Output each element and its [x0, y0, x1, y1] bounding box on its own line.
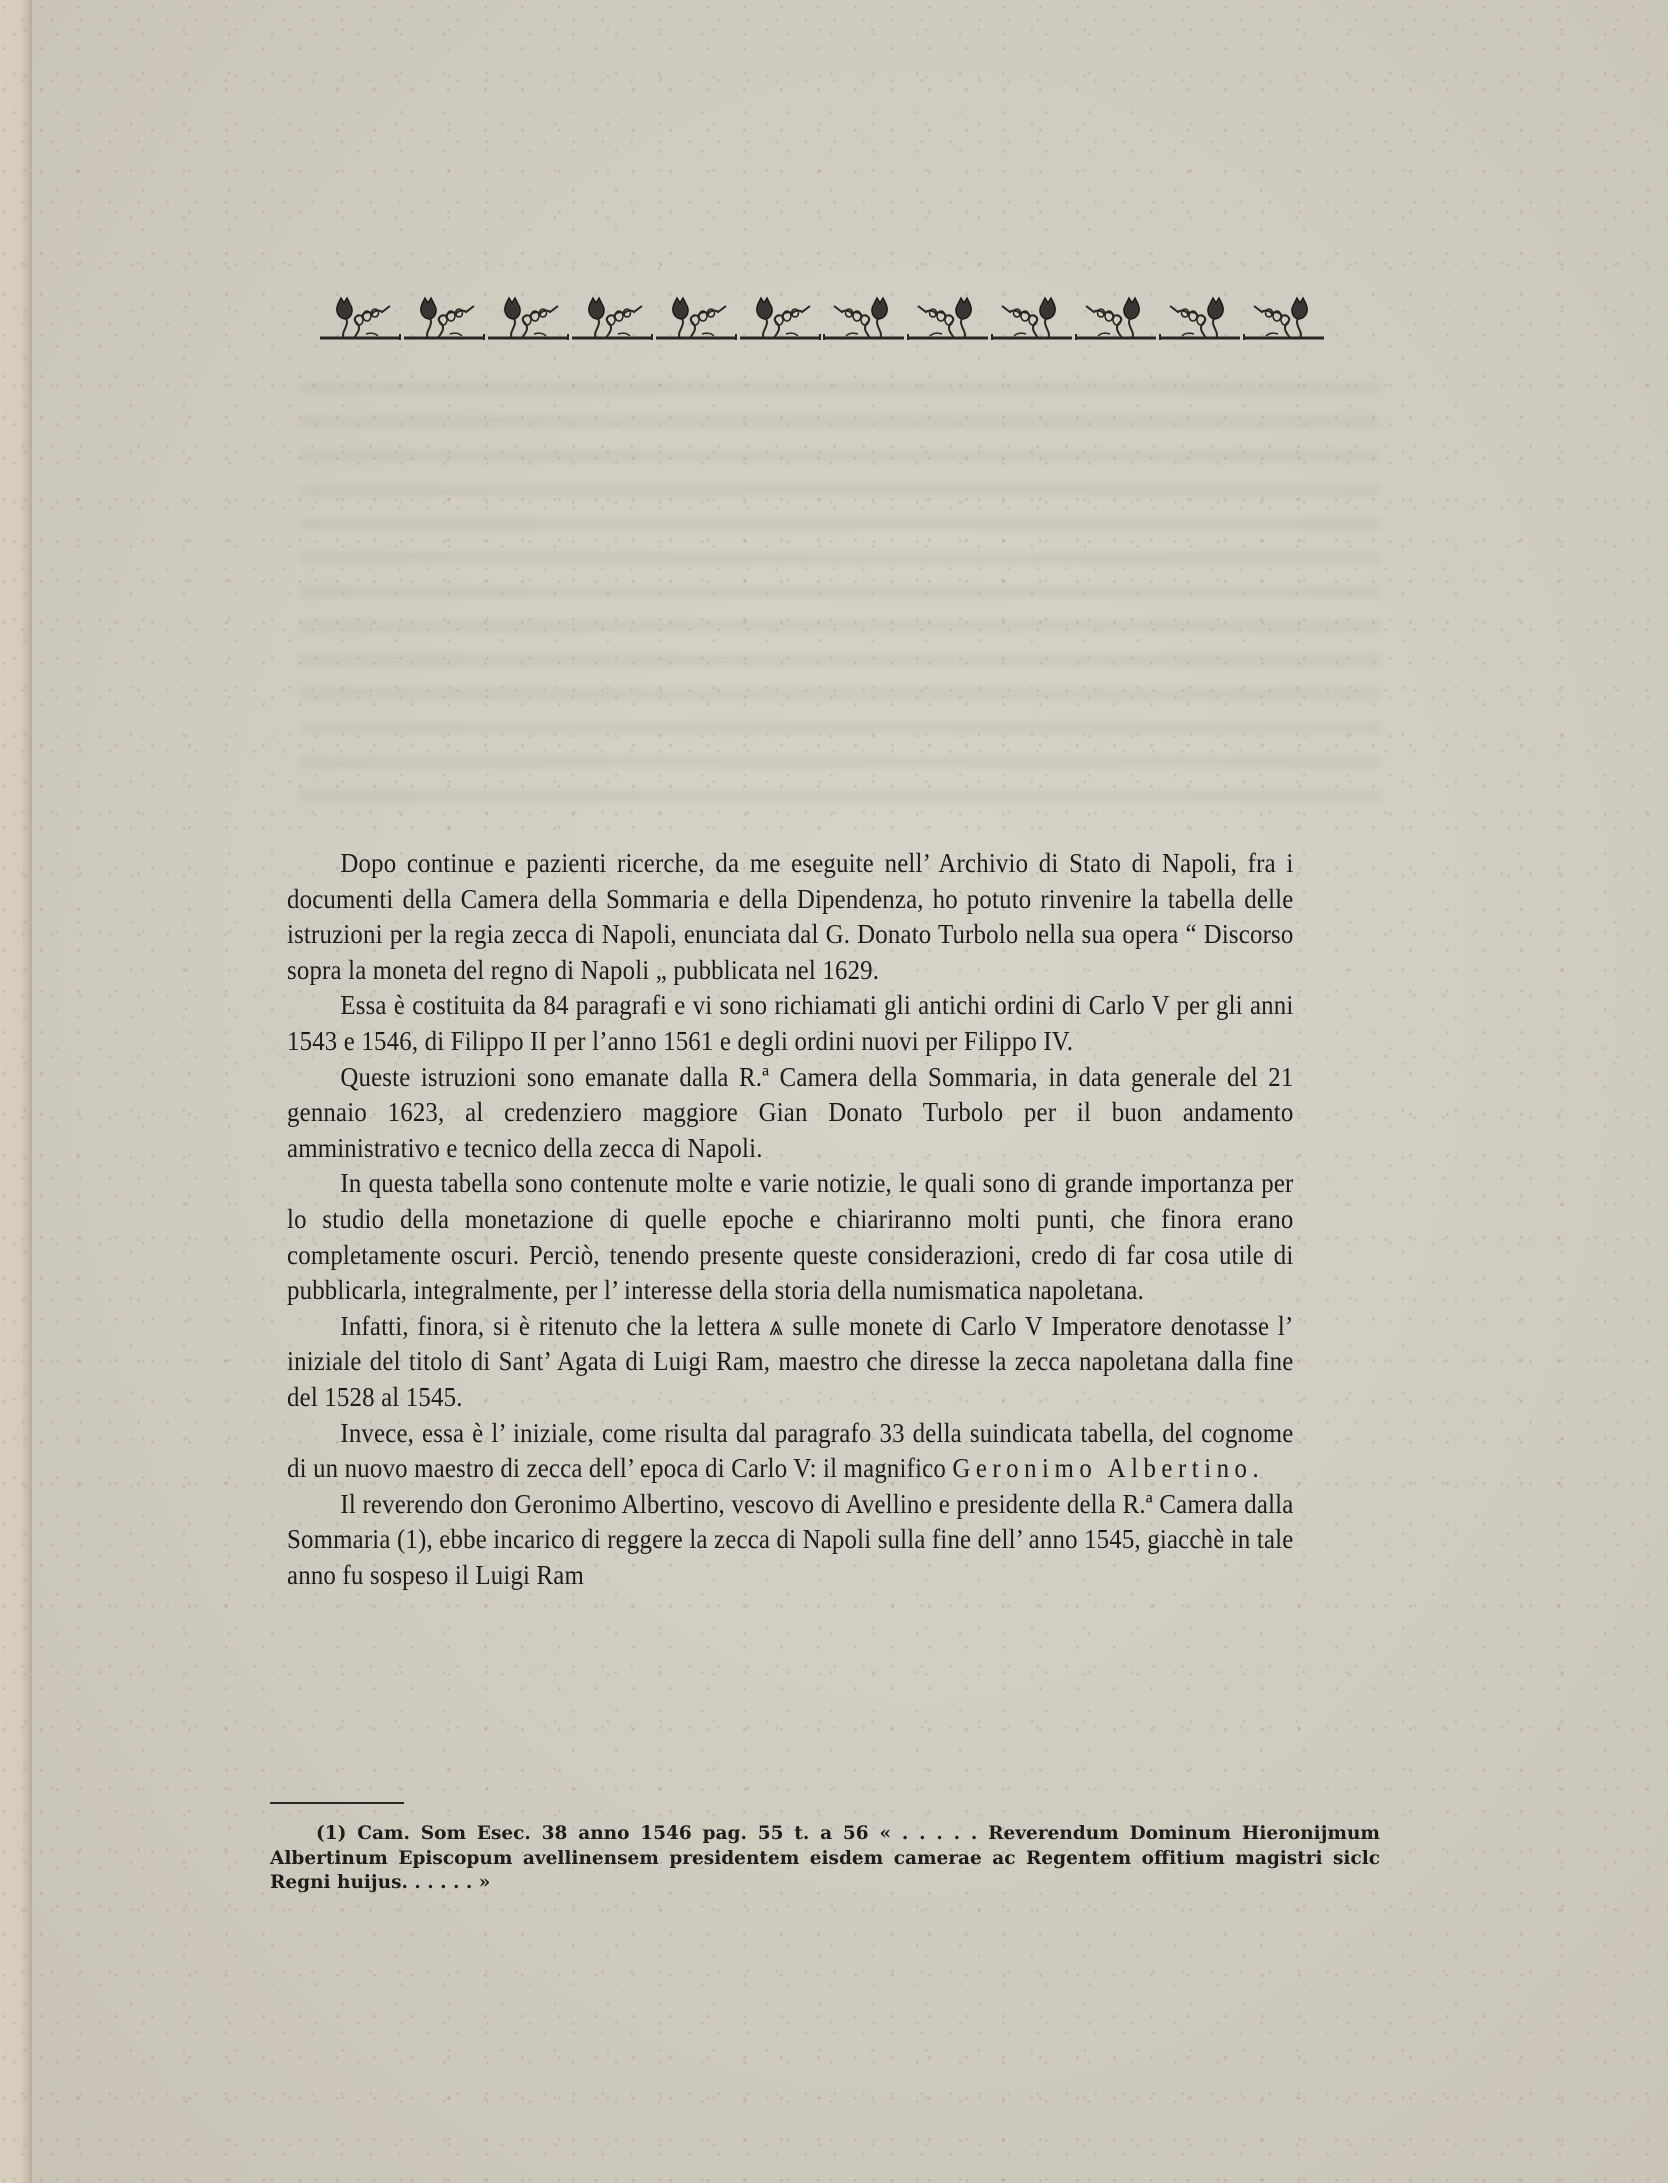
footnote-text: Cam. Som Esec. 38 anno 1546 pag. 55 t. a…: [270, 1823, 1380, 1893]
paragraph-2: Essa è costituita da 84 paragrafi e vi s…: [287, 988, 1293, 1059]
footnote-separator-rule: [270, 1802, 404, 1804]
bleed-through-text: [300, 360, 1380, 820]
spaced-name-geronimo-albertino: Geronimo Albertino: [952, 1453, 1252, 1483]
body-text: Dopo continue e pazienti ricerche, da me…: [287, 846, 1293, 1593]
paragraph-1: Dopo continue e pazienti ricerche, da me…: [287, 846, 1293, 988]
paragraph-4: In questa tabella sono contenute molte e…: [287, 1166, 1293, 1308]
footnote-marker: (1): [316, 1823, 346, 1844]
paragraph-7: Il reverendo don Geronimo Albertino, ves…: [287, 1487, 1293, 1594]
paragraph-6: Invece, essa è l’ iniziale, come risulta…: [287, 1416, 1293, 1487]
tulip-ornament-icon: [318, 292, 1338, 344]
paragraph-5: Infatti, finora, si è ritenuto che la le…: [287, 1309, 1293, 1416]
tulip-ornament-border: [318, 292, 1338, 344]
footnote: (1) Cam. Som Esec. 38 anno 1546 pag. 55 …: [270, 1822, 1380, 1896]
adjacent-page-edge: [0, 0, 32, 2183]
document-page: Dopo continue e pazienti ricerche, da me…: [0, 0, 1668, 2183]
paragraph-6-end: .: [1252, 1453, 1258, 1483]
footnote-body: (1) Cam. Som Esec. 38 anno 1546 pag. 55 …: [270, 1822, 1380, 1896]
paragraph-3: Queste istruzioni sono emanate dalla R.ª…: [287, 1060, 1293, 1167]
